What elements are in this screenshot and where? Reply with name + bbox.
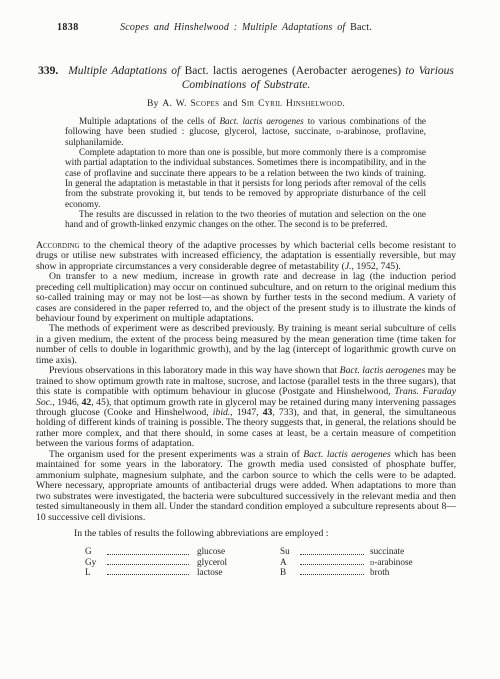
article-number: 339. — [38, 65, 68, 77]
abbreviation-symbol: B — [280, 567, 300, 577]
body-paragraph: The methods of experiment were as descri… — [36, 324, 456, 366]
byline: By A. W. Scopes and Sir Cyril Hinshelwoo… — [36, 99, 456, 109]
page-number: 1838 — [57, 22, 79, 33]
dotted-leader — [300, 574, 364, 575]
abbreviation-symbol: L — [85, 567, 107, 577]
abstract-paragraph: Complete adaptation to more than one is … — [65, 147, 426, 209]
abbreviation-symbol: A — [280, 557, 300, 567]
running-head: 1838 Scopes and Hinshelwood : Multiple A… — [36, 22, 456, 35]
abbreviation-row: Gy glycerol — [85, 557, 280, 567]
abbreviation-symbol: Gy — [85, 557, 107, 567]
body-paragraph: The organism used for the present experi… — [36, 450, 456, 523]
abstract-paragraph: The results are discussed in relation to… — [65, 209, 426, 230]
abbreviation-row: L lactose — [85, 567, 280, 577]
running-head-title: Scopes and Hinshelwood : Multiple Adapta… — [36, 22, 456, 33]
abbreviation-row: A d-arabinose — [280, 557, 413, 567]
article-title-text: Multiple Adaptations of Bact. lactis aer… — [68, 65, 454, 91]
abbreviation-term: broth — [370, 567, 389, 577]
article-body: According to the chemical theory of the … — [36, 241, 456, 540]
abbreviation-term: glycerol — [197, 557, 227, 567]
abbreviations-table: G glucose Gy glycerol L lactose Su succi… — [85, 546, 456, 577]
abstract: Multiple adaptations of the cells of Bac… — [65, 116, 426, 230]
abbreviation-row: Su succinate — [280, 546, 413, 556]
article-title: 339.Multiple Adaptations of Bact. lactis… — [36, 65, 456, 92]
abbreviation-term: succinate — [370, 546, 404, 556]
abbreviations-right-column: Su succinate A d-arabinose B broth — [280, 546, 413, 577]
abbreviation-term: d-arabinose — [370, 557, 413, 567]
body-paragraph: Previous observations in this laboratory… — [36, 366, 456, 450]
abstract-paragraph: Multiple adaptations of the cells of Bac… — [65, 116, 426, 147]
journal-page: 1838 Scopes and Hinshelwood : Multiple A… — [0, 0, 500, 679]
abbreviations-left-column: G glucose Gy glycerol L lactose — [85, 546, 280, 577]
dotted-leader — [107, 564, 189, 565]
abbreviations-intro: In the tables of results the following a… — [36, 529, 456, 539]
dotted-leader — [300, 564, 364, 565]
dotted-leader — [300, 554, 364, 555]
abbreviation-row: G glucose — [85, 546, 280, 556]
dotted-leader — [107, 554, 189, 555]
abbreviation-term: glucose — [197, 546, 225, 556]
abbreviation-term: lactose — [197, 567, 223, 577]
abbreviation-symbol: Su — [280, 546, 300, 556]
abbreviation-row: B broth — [280, 567, 413, 577]
abbreviation-symbol: G — [85, 546, 107, 556]
body-paragraph: On transfer to a new medium, increase in… — [36, 272, 456, 324]
dotted-leader — [107, 574, 189, 575]
body-paragraph: According to the chemical theory of the … — [36, 241, 456, 272]
